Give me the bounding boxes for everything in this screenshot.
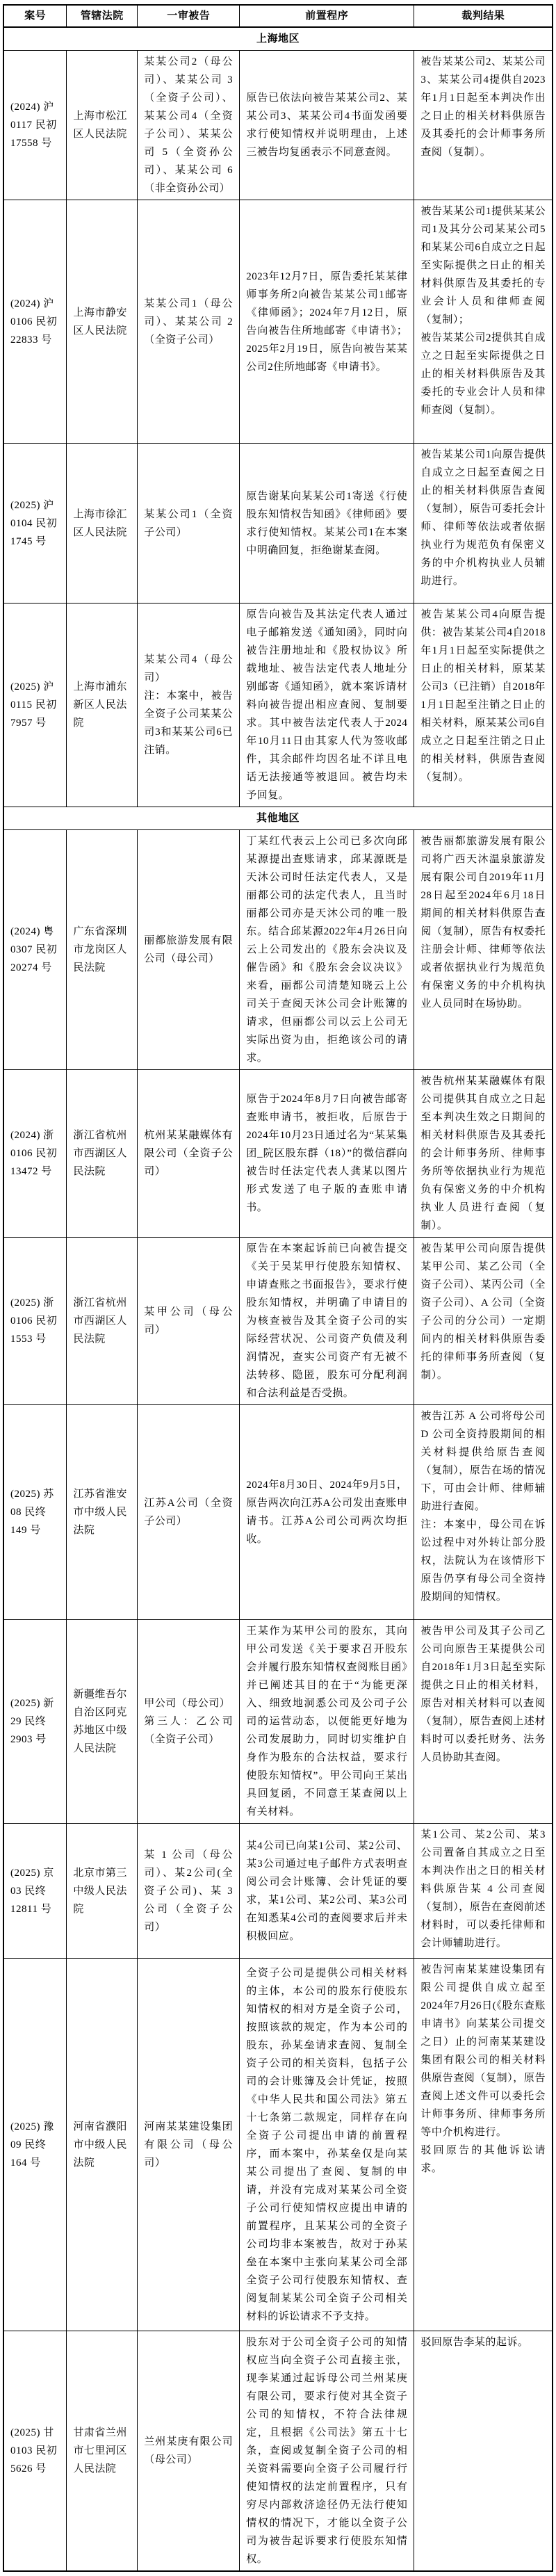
procedure-cell: 原告在本案起诉前已向被告提交《关于吴某甲行使股东知情权、申请查账之书面报告》，要… xyxy=(240,1238,414,1405)
court-cell: 上海市松江区人民法院 xyxy=(67,51,138,200)
table-header-row: 案号 管辖法院 一审被告 前置程序 裁判结果 xyxy=(3,5,553,27)
table-row: (2024) 沪0106 民初22833 号 上海市静安区人民法院 某某公司1（… xyxy=(3,200,553,444)
table-row: (2025) 新29 民终2903 号 新疆维吾尔自治区阿克苏地区中级人民法院 … xyxy=(3,1620,553,1824)
procedure-cell: 2024年8月30日、2024年9月5日，原告两次向江苏A公司发出查账申请书。江… xyxy=(240,1405,414,1620)
column-header-court: 管辖法院 xyxy=(67,5,138,27)
defendant-cell: 某甲公司（母公司） xyxy=(138,1238,240,1405)
table-row: (2025) 甘0103 民初5626 号 甘肃省兰州市七里河区人民法院 兰州某… xyxy=(3,2331,553,2572)
table-row: (2024) 沪0117 民初17558 号 上海市松江区人民法院 某某公司2（… xyxy=(3,51,553,200)
defendant-cell: 丽都旅游发展有限公司（母公司） xyxy=(138,830,240,1070)
defendant-cell: 某 1 公司（母公司）、某2公司(全资子公司)、某 3 公司（全资子公司） xyxy=(138,1824,240,1959)
result-cell: 被告某某公司4向原告提供：被告某某公司4自2018年1月1日起至实际提供之日止的… xyxy=(414,604,553,807)
result-cell: 被告某某公司2、某某公司3、某某公司4提供自2023年1月1日起至本判决作出之日… xyxy=(414,51,553,200)
table-row: (2025) 豫09 民终164 号 河南省濮阳市中级人民法院 河南某某建设集团… xyxy=(3,1959,553,2331)
defendant-cell: 某某公司4（母公司） 注：本案中，被告全资子公司某某公司3和某某公司6已注销。 xyxy=(138,604,240,807)
case-number-cell: (2025) 苏08 民终149 号 xyxy=(3,1405,67,1620)
case-number-cell: (2025) 豫09 民终164 号 xyxy=(3,1959,67,2331)
table-row: (2025) 苏08 民终149 号 江苏省淮安市中级人民法院 江苏A公司（全资… xyxy=(3,1405,553,1620)
procedure-cell: 原告于2024年8月7日向被告邮寄查账申请书，被拒收，后原告于2024年10月2… xyxy=(240,1070,414,1238)
case-number-cell: (2025) 甘0103 民初5626 号 xyxy=(3,2331,67,2572)
defendant-cell: 杭州某某融媒体有限公司（全资子公司） xyxy=(138,1070,240,1238)
section-title: 其他地区 xyxy=(3,807,553,830)
section-header-other-regions: 其他地区 xyxy=(3,807,553,830)
court-cell: 上海市徐汇区人民法院 xyxy=(67,444,138,604)
document-page: 案号 管辖法院 一审被告 前置程序 裁判结果 上海地区 (2024) 沪0117… xyxy=(0,0,556,2576)
result-cell: 被告河南某某建设集团有限公司提供自成立起至2024年7月26日(《股东查账申请书… xyxy=(414,1959,553,2331)
defendant-cell: 甲公司（母公司） 第三人：乙公司（全资子公司） xyxy=(138,1620,240,1824)
procedure-cell: 王某作为某甲公司的股东，其向甲公司发送《关于要求召开股东会并履行股东知情权查阅账… xyxy=(240,1620,414,1824)
court-cell: 浙江省杭州市西湖区人民法院 xyxy=(67,1238,138,1405)
court-cell: 河南省濮阳市中级人民法院 xyxy=(67,1959,138,2331)
court-cell: 广东省深圳市龙岗区人民法院 xyxy=(67,830,138,1070)
court-cell: 浙江省杭州市西湖区人民法院 xyxy=(67,1070,138,1238)
court-cell: 江苏省淮安市中级人民法院 xyxy=(67,1405,138,1620)
result-cell: 被告某某公司1提供某某公司1及其分公司某某公司5和某某公司6自成立之日起至实际提… xyxy=(414,200,553,444)
court-cell: 新疆维吾尔自治区阿克苏地区中级人民法院 xyxy=(67,1620,138,1824)
result-cell: 被告丽都旅游发展有限公司将广西天沐温泉旅游发展有限公司自2019年11月28日起… xyxy=(414,830,553,1070)
case-number-cell: (2024) 沪0117 民初17558 号 xyxy=(3,51,67,200)
defendant-cell: 某某公司1（全资子公司） xyxy=(138,444,240,604)
procedure-cell: 全资子公司是提供公司相关材料的主体，本公司的股东行使股东知情权的相对方是全资子公… xyxy=(240,1959,414,2331)
result-cell: 被告江苏 A 公司将母公司 D 公司全资持股期间的相关材料提供给原告查阅（复制）… xyxy=(414,1405,553,1620)
column-header-case-number: 案号 xyxy=(3,5,67,27)
case-number-cell: (2025) 浙0106 民初1553 号 xyxy=(3,1238,67,1405)
table-row: (2025) 沪0115 民初7957 号 上海市浦东新区人民法院 某某公司4（… xyxy=(3,604,553,807)
court-cell: 上海市浦东新区人民法院 xyxy=(67,604,138,807)
section-title: 上海地区 xyxy=(3,27,553,51)
defendant-cell: 某某公司2（母公司）、某某公司 3（全资子公司）、某某公司4（全资子公司）、某某… xyxy=(138,51,240,200)
defendant-cell: 江苏A公司（全资子公司） xyxy=(138,1405,240,1620)
case-number-cell: (2024) 浙0106 民初13472 号 xyxy=(3,1070,67,1238)
defendant-cell: 河南某某建设集团有限公司（母公司） xyxy=(138,1959,240,2331)
result-cell: 被告杭州某某融媒体有限公司提供其自成立之日起至本判决生效之日期间的相关材料供原告… xyxy=(414,1070,553,1238)
result-cell: 被告甲公司及其子公司乙公司向原告王某提供公司自2018年1月3日起至实际提供之日… xyxy=(414,1620,553,1824)
procedure-cell: 原告已依法向被告某某公司2、某某公司3、某某公司4书面发函要求行使知情权并说明理… xyxy=(240,51,414,200)
case-number-cell: (2025) 京03 民终12811 号 xyxy=(3,1824,67,1959)
case-number-cell: (2025) 沪0104 民初1745 号 xyxy=(3,444,67,604)
court-cell: 甘肃省兰州市七里河区人民法院 xyxy=(67,2331,138,2572)
case-number-cell: (2025) 新29 民终2903 号 xyxy=(3,1620,67,1824)
case-number-cell: (2025) 沪0115 民初7957 号 xyxy=(3,604,67,807)
case-number-cell: (2024) 粤0307 民初20274 号 xyxy=(3,830,67,1070)
defendant-cell: 兰州某庚有限公司（母公司） xyxy=(138,2331,240,2572)
table-row: (2025) 沪0104 民初1745 号 上海市徐汇区人民法院 某某公司1（全… xyxy=(3,444,553,604)
result-cell: 被告某某公司1向原告提供自成立之日起至查阅之日止的相关材料供原告查阅（复制），原… xyxy=(414,444,553,604)
result-cell: 被告某甲公司向原告提供某甲公司、某乙公司（全资子公司）、某丙公司（全资子公司）、… xyxy=(414,1238,553,1405)
procedure-cell: 2023年12月7日，原告委托某某律师事务所2向被告某某公司1邮寄《律师函》；2… xyxy=(240,200,414,444)
section-header-shanghai: 上海地区 xyxy=(3,27,553,51)
table-row: (2025) 浙0106 民初1553 号 浙江省杭州市西湖区人民法院 某甲公司… xyxy=(3,1238,553,1405)
result-cell: 某1公司、某2公司、某3 公司置备自其成立之日至本判决作出之日的相关材料供原告某… xyxy=(414,1824,553,1959)
court-cell: 北京市第三中级人民法院 xyxy=(67,1824,138,1959)
result-cell: 驳回原告李某的起诉。 xyxy=(414,2331,553,2572)
procedure-cell: 某4公司已向某1公司、某2公司、某3公司通过电子邮件方式表明查阅公司会计账簿、会… xyxy=(240,1824,414,1959)
procedure-cell: 股东对于公司全资子公司的知情权应当向全资子公司直接主张，现李某通过起诉母公司兰州… xyxy=(240,2331,414,2572)
column-header-defendant: 一审被告 xyxy=(138,5,240,27)
case-number-cell: (2024) 沪0106 民初22833 号 xyxy=(3,200,67,444)
court-cell: 上海市静安区人民法院 xyxy=(67,200,138,444)
column-header-procedure: 前置程序 xyxy=(240,5,414,27)
table-row: (2025) 京03 民终12811 号 北京市第三中级人民法院 某 1 公司（… xyxy=(3,1824,553,1959)
procedure-cell: 原告向被告及其法定代表人通过电子邮箱发送《通知函》，同时向被告注册地址和《股权协… xyxy=(240,604,414,807)
column-header-result: 裁判结果 xyxy=(414,5,553,27)
defendant-cell: 某某公司1（母公司）、某某公司 2（全资子公司） xyxy=(138,200,240,444)
procedure-cell: 原告谢某向某某公司1寄送《行使股东知情权告知函》《律师函》要求行使知情权。某某公… xyxy=(240,444,414,604)
table-row: (2024) 粤0307 民初20274 号 广东省深圳市龙岗区人民法院 丽都旅… xyxy=(3,830,553,1070)
table-row: (2024) 浙0106 民初13472 号 浙江省杭州市西湖区人民法院 杭州某… xyxy=(3,1070,553,1238)
case-summary-table: 案号 管辖法院 一审被告 前置程序 裁判结果 上海地区 (2024) 沪0117… xyxy=(3,4,553,2572)
procedure-cell: 丁某红代表云上公司已多次向邱某源提出查账请求，邱某源既是天沐公司时任法定代表人，… xyxy=(240,830,414,1070)
